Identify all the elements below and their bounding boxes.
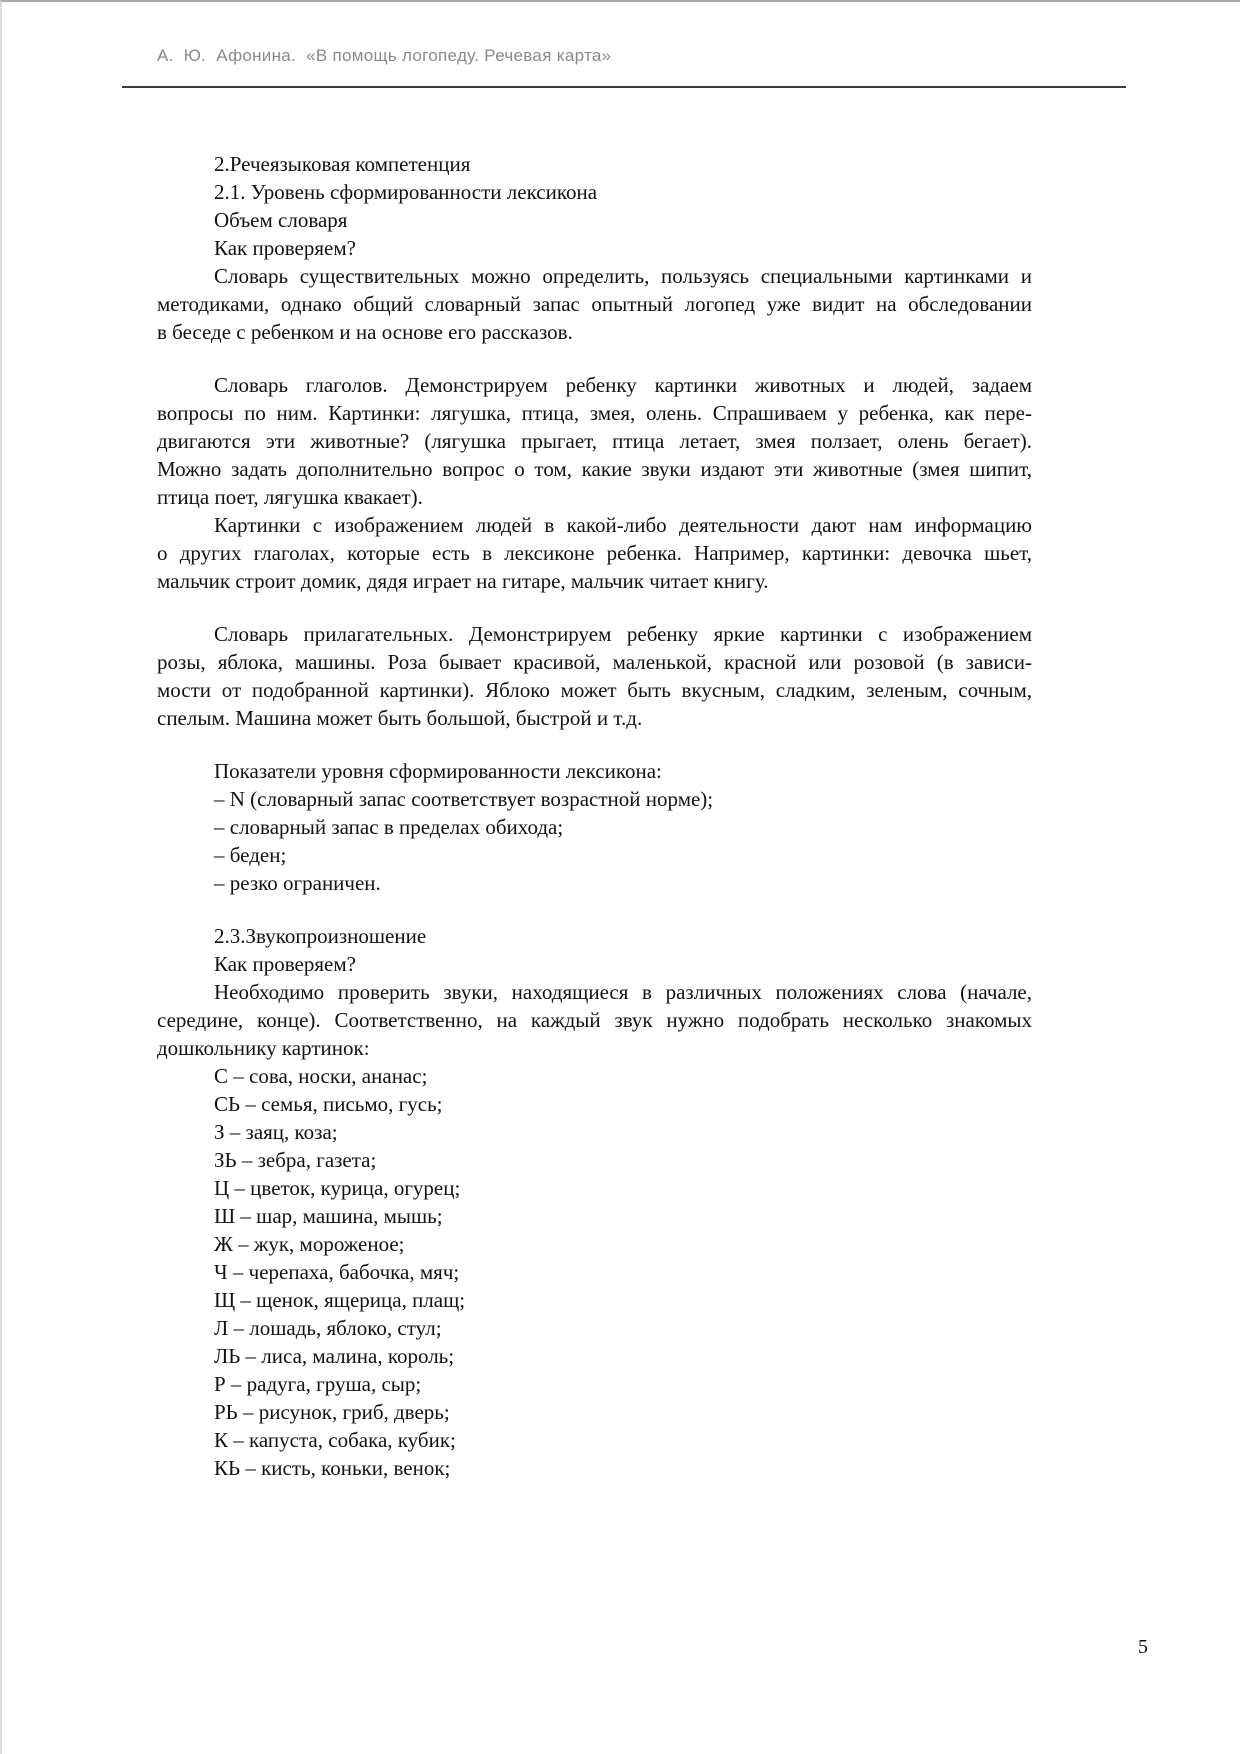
- text-line: С – сова, носки, ананас;: [157, 1062, 1032, 1090]
- text-line: 2.1. Уровень сформированности лексикона: [157, 178, 1032, 206]
- text-line: 2.Речеязыковая компетенция: [157, 150, 1032, 178]
- text-line: – словарный запас в пределах обихода;: [157, 813, 1032, 841]
- text-line: о других глаголах, которые есть в лексик…: [157, 539, 1032, 567]
- text-line: Л – лошадь, яблоко, стул;: [157, 1314, 1032, 1342]
- text-line: Можно задать дополнительно вопрос о том,…: [157, 455, 1032, 483]
- text-line: птица поет, лягушка квакает).: [157, 483, 1032, 511]
- text-line: двигаются эти животные? (лягушка прыгает…: [157, 427, 1032, 455]
- text-line: Ш – шар, машина, мышь;: [157, 1202, 1032, 1230]
- text-line: З – заяц, коза;: [157, 1118, 1032, 1146]
- text-line: КЬ – кисть, коньки, венок;: [157, 1454, 1032, 1482]
- text-line: ЗЬ – зебра, газета;: [157, 1146, 1032, 1174]
- text-line: Как проверяем?: [157, 234, 1032, 262]
- text-line: Ч – черепаха, бабочка, мяч;: [157, 1258, 1032, 1286]
- text-line: ЛЬ – лиса, малина, король;: [157, 1342, 1032, 1370]
- text-line: Показатели уровня сформированности лекси…: [157, 757, 1032, 785]
- text-line: Объем словаря: [157, 206, 1032, 234]
- text-line: спелым. Машина может быть большой, быстр…: [157, 704, 1032, 732]
- header-rule: [122, 86, 1126, 88]
- text-line: СЬ – семья, письмо, гусь;: [157, 1090, 1032, 1118]
- text-line: дошкольнику картинок:: [157, 1034, 1032, 1062]
- text-line: Необходимо проверить звуки, находящиеся …: [157, 978, 1032, 1006]
- text-line: 2.3.Звукопроизношение: [157, 922, 1032, 950]
- text-line: розы, яблока, машины. Роза бывает красив…: [157, 648, 1032, 676]
- text-line: в беседе с ребенком и на основе его расс…: [157, 318, 1032, 346]
- document-body: 2.Речеязыковая компетенция2.1. Уровень с…: [157, 150, 1032, 1482]
- text-line: К – капуста, собака, кубик;: [157, 1426, 1032, 1454]
- text-line: Картинки с изображением людей в какой-ли…: [157, 511, 1032, 539]
- text-line: Ц – цветок, курица, огурец;: [157, 1174, 1032, 1202]
- text-line: вопросы по ним. Картинки: лягушка, птица…: [157, 399, 1032, 427]
- text-line: РЬ – рисунок, гриб, дверь;: [157, 1398, 1032, 1426]
- text-line: – N (словарный запас соответствует возра…: [157, 785, 1032, 813]
- running-header: А. Ю. Афонина. «В помощь логопеду. Речев…: [157, 46, 611, 66]
- text-line: мальчик строит домик, дядя играет на гит…: [157, 567, 1032, 595]
- text-line: Как проверяем?: [157, 950, 1032, 978]
- text-line: мости от подобранной картинки). Яблоко м…: [157, 676, 1032, 704]
- text-line: Словарь прилагательных. Демонстрируем ре…: [157, 620, 1032, 648]
- text-line: Ж – жук, мороженое;: [157, 1230, 1032, 1258]
- text-line: – беден;: [157, 841, 1032, 869]
- page-number: 5: [1138, 1634, 1148, 1660]
- document-page: А. Ю. Афонина. «В помощь логопеду. Речев…: [0, 0, 1240, 1754]
- text-line: Словарь существительных можно определить…: [157, 262, 1032, 290]
- text-line: Р – радуга, груша, сыр;: [157, 1370, 1032, 1398]
- text-line: Словарь глаголов. Демонстрируем ребенку …: [157, 371, 1032, 399]
- text-line: Щ – щенок, ящерица, плащ;: [157, 1286, 1032, 1314]
- text-line: – резко ограничен.: [157, 869, 1032, 897]
- text-line: методиками, однако общий словарный запас…: [157, 290, 1032, 318]
- text-line: середине, конце). Соответственно, на каж…: [157, 1006, 1032, 1034]
